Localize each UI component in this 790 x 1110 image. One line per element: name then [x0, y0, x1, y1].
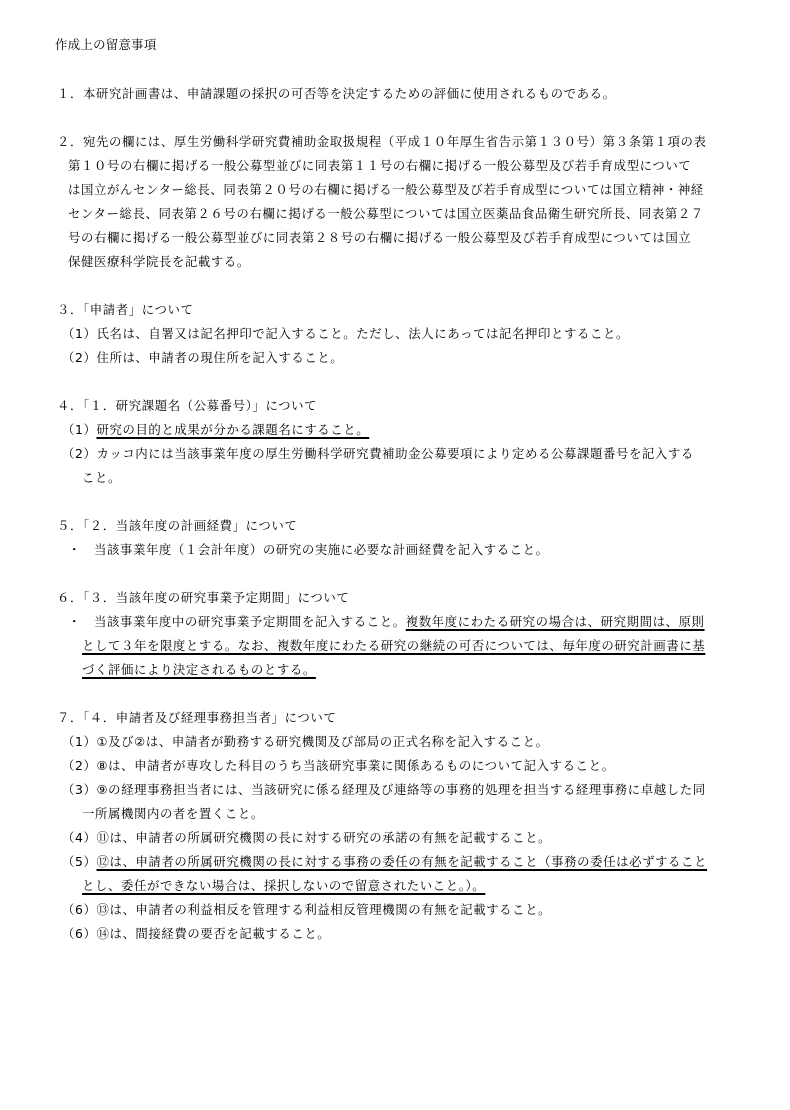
section-4-item: （1）研究の目的と成果が分かる課題名にすること。 — [62, 422, 369, 438]
section-2-line: センター総長、同表第２６号の右欄に掲げる一般公募型については国立医薬品食品衛生研… — [68, 206, 704, 222]
section-6-heading: ６．「３．当該年度の研究事業予定期間」について — [57, 590, 349, 606]
section-7-item: （4）⑪は、申請者の所属研究機関の長に対する研究の承諾の有無を記載すること。 — [62, 830, 551, 846]
document-title: 作成上の留意事項 — [55, 37, 157, 53]
section-2-line: ２．宛先の欄には、厚生労働科学研究費補助金取扱規程（平成１０年厚生省告示第１３０… — [57, 134, 707, 150]
section-2-line: 号の右欄に掲げる一般公募型並びに同表第２８号の右欄に掲げる一般公募型及び若手育成… — [68, 230, 691, 246]
section-2-line: は国立がんセンター総長、同表第２０号の右欄に掲げる一般公募型及び若手育成型につい… — [68, 182, 704, 198]
section-7-item: （6）⑬は、申請者の利益相反を管理する利益相反管理機関の有無を記載すること。 — [62, 902, 551, 918]
underlined-text: として３年を限度とする。なお、複数年度にわたる研究の継続の可否については、毎年度… — [82, 638, 705, 653]
section-4-item: （2）カッコ内には当該事業年度の厚生労働科学研究費補助金公募要項により定める公募… — [62, 446, 694, 462]
section-7-item-cont: 一所属機関内の者を置くこと。 — [82, 806, 264, 822]
section-7-item: （5）⑫は、申請者の所属研究機関の長に対する事務の委任の有無を記載すること（事務… — [62, 854, 707, 870]
section-2-line: 保健医療科学院長を記載する。 — [68, 254, 250, 270]
underlined-text: づく評価により決定されるものとする。 — [82, 662, 316, 677]
section-3-heading: ３．「申請者」について — [57, 302, 193, 318]
section-6-item-cont: づく評価により決定されるものとする。 — [82, 662, 316, 678]
section-3-item: （2）住所は、申請者の現住所を記入すること。 — [62, 350, 343, 366]
section-1-line: １．本研究計画書は、申請課題の採択の可否等を決定するための評価に使用されるもので… — [57, 86, 616, 102]
item-prefix: （5） — [62, 854, 96, 869]
section-5-heading: ５．「２．当該年度の計画経費」について — [57, 518, 297, 534]
section-7-item: （1）①及び②は、申請者が勤務する研究機関及び部局の正式名称を記入すること。 — [62, 734, 549, 750]
section-4-item-cont: こと。 — [82, 470, 121, 486]
item-prefix: ・ 当該事業年度中の研究事業予定期間を記入すること。 — [68, 614, 406, 629]
section-6-item: ・ 当該事業年度中の研究事業予定期間を記入すること。複数年度にわたる研究の場合は… — [68, 614, 705, 630]
section-7-item: （6）⑭は、間接経費の要否を記載すること。 — [62, 926, 330, 942]
underlined-text: 研究の目的と成果が分かる課題名にすること。 — [96, 422, 369, 437]
underlined-text: ⑫は、申請者の所属研究機関の長に対する事務の委任の有無を記載すること（事務の委任… — [96, 854, 707, 869]
section-6-item-cont: として３年を限度とする。なお、複数年度にわたる研究の継続の可否については、毎年度… — [82, 638, 705, 654]
section-4-heading: ４．「１．研究課題名（公募番号）」について — [57, 398, 317, 414]
section-5-item: ・ 当該事業年度（１会計年度）の研究の実施に必要な計画経費を記入すること。 — [68, 542, 549, 558]
section-2-line: 第１０号の右欄に掲げる一般公募型並びに同表第１１号の右欄に掲げる一般公募型及び若… — [68, 158, 691, 174]
underlined-text: とし、委任ができない場合は、採択しないので留意されたいこと。）。 — [82, 878, 485, 893]
section-7-item: （3）⑨の経理事務担当者には、当該研究に係る経理及び連絡等の事務的処理を担当する… — [62, 782, 706, 798]
section-7-heading: ７．「４．申請者及び経理事務担当者」について — [57, 710, 336, 726]
section-7-item-cont: とし、委任ができない場合は、採択しないので留意されたいこと。）。 — [82, 878, 485, 894]
item-prefix: （1） — [62, 422, 96, 437]
section-3-item: （1）氏名は、自署又は記名押印で記入すること。ただし、法人にあっては記名押印とす… — [62, 326, 629, 342]
underlined-text: 複数年度にわたる研究の場合は、研究期間は、原則 — [406, 614, 705, 629]
section-7-item: （2）⑧は、申請者が専攻した科目のうち当該研究事業に関係あるものについて記入する… — [62, 758, 615, 774]
